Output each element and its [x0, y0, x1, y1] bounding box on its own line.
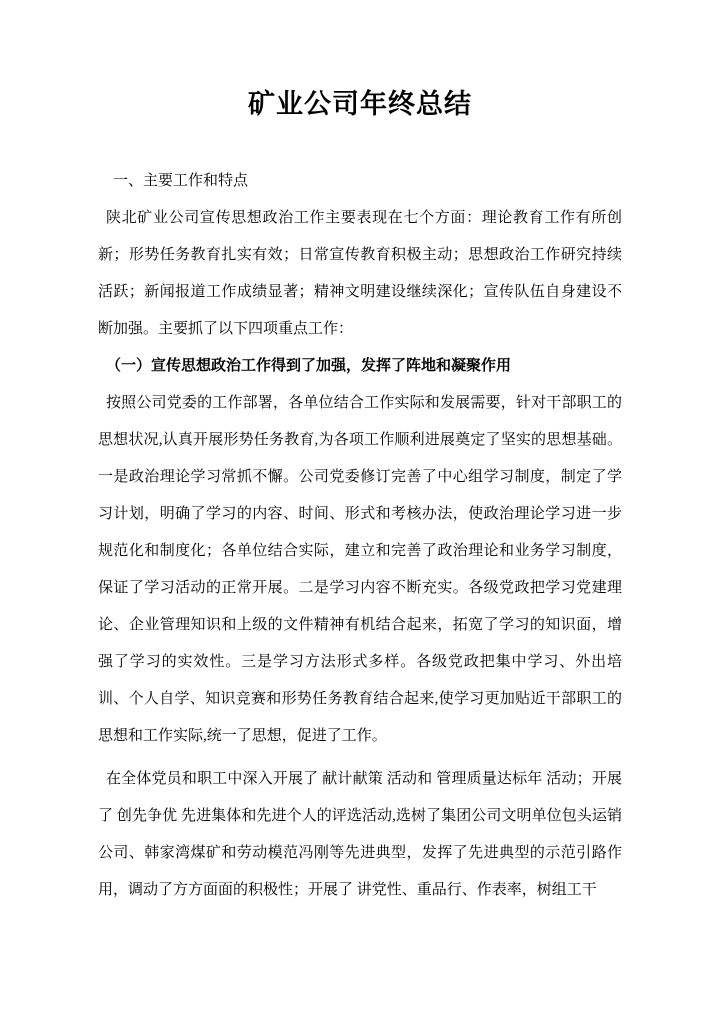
document-title: 矿业公司年终总结 [98, 84, 622, 124]
section-subheading-propaganda: （一）宣传思想政治工作得到了加强，发挥了阵地和凝聚作用 [98, 348, 622, 385]
paragraph-activities: 在全体党员和职工中深入开展了 献计献策 活动和 管理质量达标年 活动；开展了 创… [98, 761, 622, 909]
document-page: 矿业公司年终总结 一、主要工作和特点 陕北矿业公司宣传思想政治工作主要表现在七个… [0, 0, 721, 1020]
section-heading-main-work: 一、主要工作和特点 [98, 163, 622, 200]
paragraph-overview: 陕北矿业公司宣传思想政治工作主要表现在七个方面：理论教育工作有所创新；形势任务教… [98, 200, 622, 348]
document-body: 一、主要工作和特点 陕北矿业公司宣传思想政治工作主要表现在七个方面：理论教育工作… [98, 163, 622, 909]
paragraph-political-study: 按照公司党委的工作部署，各单位结合工作实际和发展需要，针对干部职工的思想状况,认… [98, 385, 622, 755]
